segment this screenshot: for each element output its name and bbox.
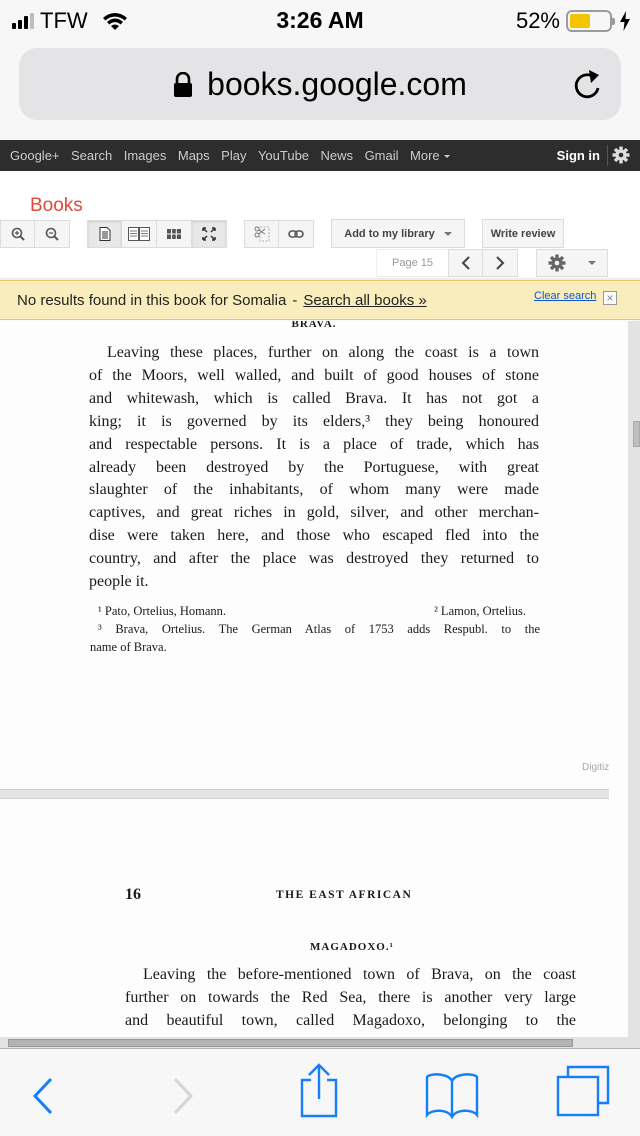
nav-news[interactable]: News (321, 148, 354, 163)
books-toolbar: Books Add to my library Write (0, 171, 640, 279)
footnote-2: ² Lamon, Ortelius. (434, 602, 526, 620)
status-bar: TFW 3:26 AM 52% (0, 0, 640, 40)
search-notice-bar: No results found in this book for Somali… (0, 280, 640, 320)
footnotes: ¹ Pato, Ortelius, Homann. ² Lamon, Ortel… (90, 602, 540, 656)
bookmarks-icon[interactable] (424, 1071, 480, 1119)
footnote-3-continued: name of Brava. (90, 638, 540, 656)
search-all-books-link[interactable]: Search all books » (303, 292, 426, 309)
zoom-out-icon (45, 227, 59, 241)
books-title[interactable]: Books (30, 195, 83, 217)
share-icon[interactable] (298, 1063, 340, 1119)
nav-youtube[interactable]: YouTube (258, 148, 309, 163)
scissors-icon (254, 226, 270, 242)
text-line: already been destroyed by the Portuguese… (89, 457, 539, 480)
zoom-out-button[interactable] (35, 220, 70, 248)
carrier-label: TFW (40, 8, 88, 34)
single-page-icon (99, 227, 111, 241)
close-icon[interactable]: × (603, 291, 617, 305)
zoom-in-icon (11, 227, 25, 241)
gear-icon[interactable] (612, 146, 630, 164)
next-page-button[interactable] (483, 249, 518, 277)
battery-icon (566, 10, 612, 32)
url-domain[interactable]: books.google.com (207, 66, 467, 103)
chevron-left-icon (461, 256, 471, 270)
text-line: people it. (89, 571, 539, 594)
signal-icon (12, 13, 34, 29)
vertical-scrollbar[interactable] (628, 321, 640, 1048)
nav-more-label: More (410, 148, 440, 163)
previous-page-button[interactable] (448, 249, 483, 277)
clip-link-controls (244, 220, 314, 248)
separator: - (292, 292, 297, 309)
fullscreen-button[interactable] (192, 220, 227, 248)
nav-search[interactable]: Search (71, 148, 112, 163)
clear-search-link[interactable]: Clear search (534, 290, 596, 302)
sign-in-link[interactable]: Sign in (557, 148, 600, 163)
wifi-icon (102, 11, 128, 31)
gear-icon (548, 254, 566, 272)
settings-menu-button[interactable] (536, 249, 608, 277)
footnote-3: ³ Brava, Ortelius. The German Atlas of 1… (90, 620, 540, 638)
section-title: MAGADOXO.¹ (310, 941, 394, 953)
nav-play[interactable]: Play (221, 148, 246, 163)
running-head: THE EAST AFRICAN (276, 889, 412, 901)
text-line: and whitewash, which is called Brava. It… (89, 388, 539, 411)
status-right: 52% (516, 8, 630, 34)
text-line: country, and after the place was destroy… (89, 548, 539, 571)
text-line: king; it is governed by its elders,³ the… (89, 411, 539, 434)
page-nav (448, 249, 518, 277)
text-line: of the Moors, well walled, and built of … (89, 365, 539, 388)
lock-icon (173, 72, 193, 98)
add-to-library-button[interactable]: Add to my library (331, 219, 465, 248)
single-page-view-button[interactable] (87, 220, 122, 248)
back-icon[interactable] (32, 1077, 54, 1115)
no-results-message: No results found in this book for Somali… (17, 292, 286, 309)
zoom-in-button[interactable] (0, 220, 35, 248)
link-icon (288, 230, 304, 238)
footnote-1: ¹ Pato, Ortelius, Homann. (98, 602, 226, 620)
thumbnail-view-button[interactable] (157, 220, 192, 248)
browser-toolbar (0, 1048, 640, 1136)
two-page-view-button[interactable] (122, 220, 157, 248)
google-nav-bar: Google+ Search Images Maps Play YouTube … (0, 140, 640, 171)
horizontal-scrollbar-thumb[interactable] (8, 1039, 573, 1047)
clip-button[interactable] (244, 220, 279, 248)
book-viewer[interactable]: BRAVA. Leaving these places, further on … (0, 321, 640, 1048)
status-left: TFW (12, 8, 128, 34)
page-indicator: Page 15 (376, 249, 448, 277)
text-line: Leaving the before-mentioned town of Bra… (125, 964, 576, 987)
nav-images[interactable]: Images (124, 148, 167, 163)
view-mode-controls (87, 220, 227, 248)
nav-gmail[interactable]: Gmail (365, 148, 399, 163)
text-line: and beautiful town, called Magadoxo, bel… (125, 1010, 576, 1033)
write-review-button[interactable]: Write review (482, 219, 564, 248)
link-button[interactable] (279, 220, 314, 248)
page-separator (0, 789, 609, 799)
text-line: further on towards the Red Sea, there is… (125, 987, 576, 1010)
add-to-library-label: Add to my library (344, 228, 434, 240)
text-line: slaughter of the inhabitants, of whom ma… (89, 479, 539, 502)
text-line: Leaving these places, further on along t… (89, 342, 539, 365)
tabs-icon[interactable] (556, 1065, 610, 1119)
vertical-scrollbar-thumb[interactable] (633, 421, 640, 447)
page-16-paragraph: Leaving the before-mentioned town of Bra… (125, 964, 576, 1033)
nav-more[interactable]: More (410, 148, 450, 163)
chevron-right-icon (495, 256, 505, 270)
two-page-icon (128, 227, 150, 241)
nav-maps[interactable]: Maps (178, 148, 210, 163)
chevron-down-icon (444, 232, 452, 236)
page-number: 16 (125, 886, 141, 904)
divider (607, 145, 608, 166)
text-line: and respectable persons. It is a place o… (89, 434, 539, 457)
running-title: BRAVA. (0, 321, 628, 330)
chevron-down-icon (588, 261, 596, 265)
chevron-down-icon (444, 155, 450, 158)
charging-bolt-icon (620, 11, 630, 31)
zoom-controls (0, 220, 70, 248)
reload-icon[interactable] (571, 68, 603, 102)
watermark: Digitiz (582, 762, 609, 773)
fullscreen-icon (202, 227, 216, 241)
forward-icon (172, 1077, 194, 1115)
horizontal-scrollbar[interactable] (0, 1037, 628, 1048)
nav-google-plus[interactable]: Google+ (10, 148, 60, 163)
notice-message-row: No results found in this book for Somali… (17, 292, 427, 309)
text-line: captives, and great riches in gold, silv… (89, 502, 539, 525)
grid-icon (167, 229, 181, 239)
page-15-paragraph: Leaving these places, further on along t… (89, 342, 539, 594)
text-line: dise were taken here, and those who esca… (89, 525, 539, 548)
battery-percent: 52% (516, 8, 560, 34)
address-bar[interactable]: books.google.com (19, 48, 621, 120)
